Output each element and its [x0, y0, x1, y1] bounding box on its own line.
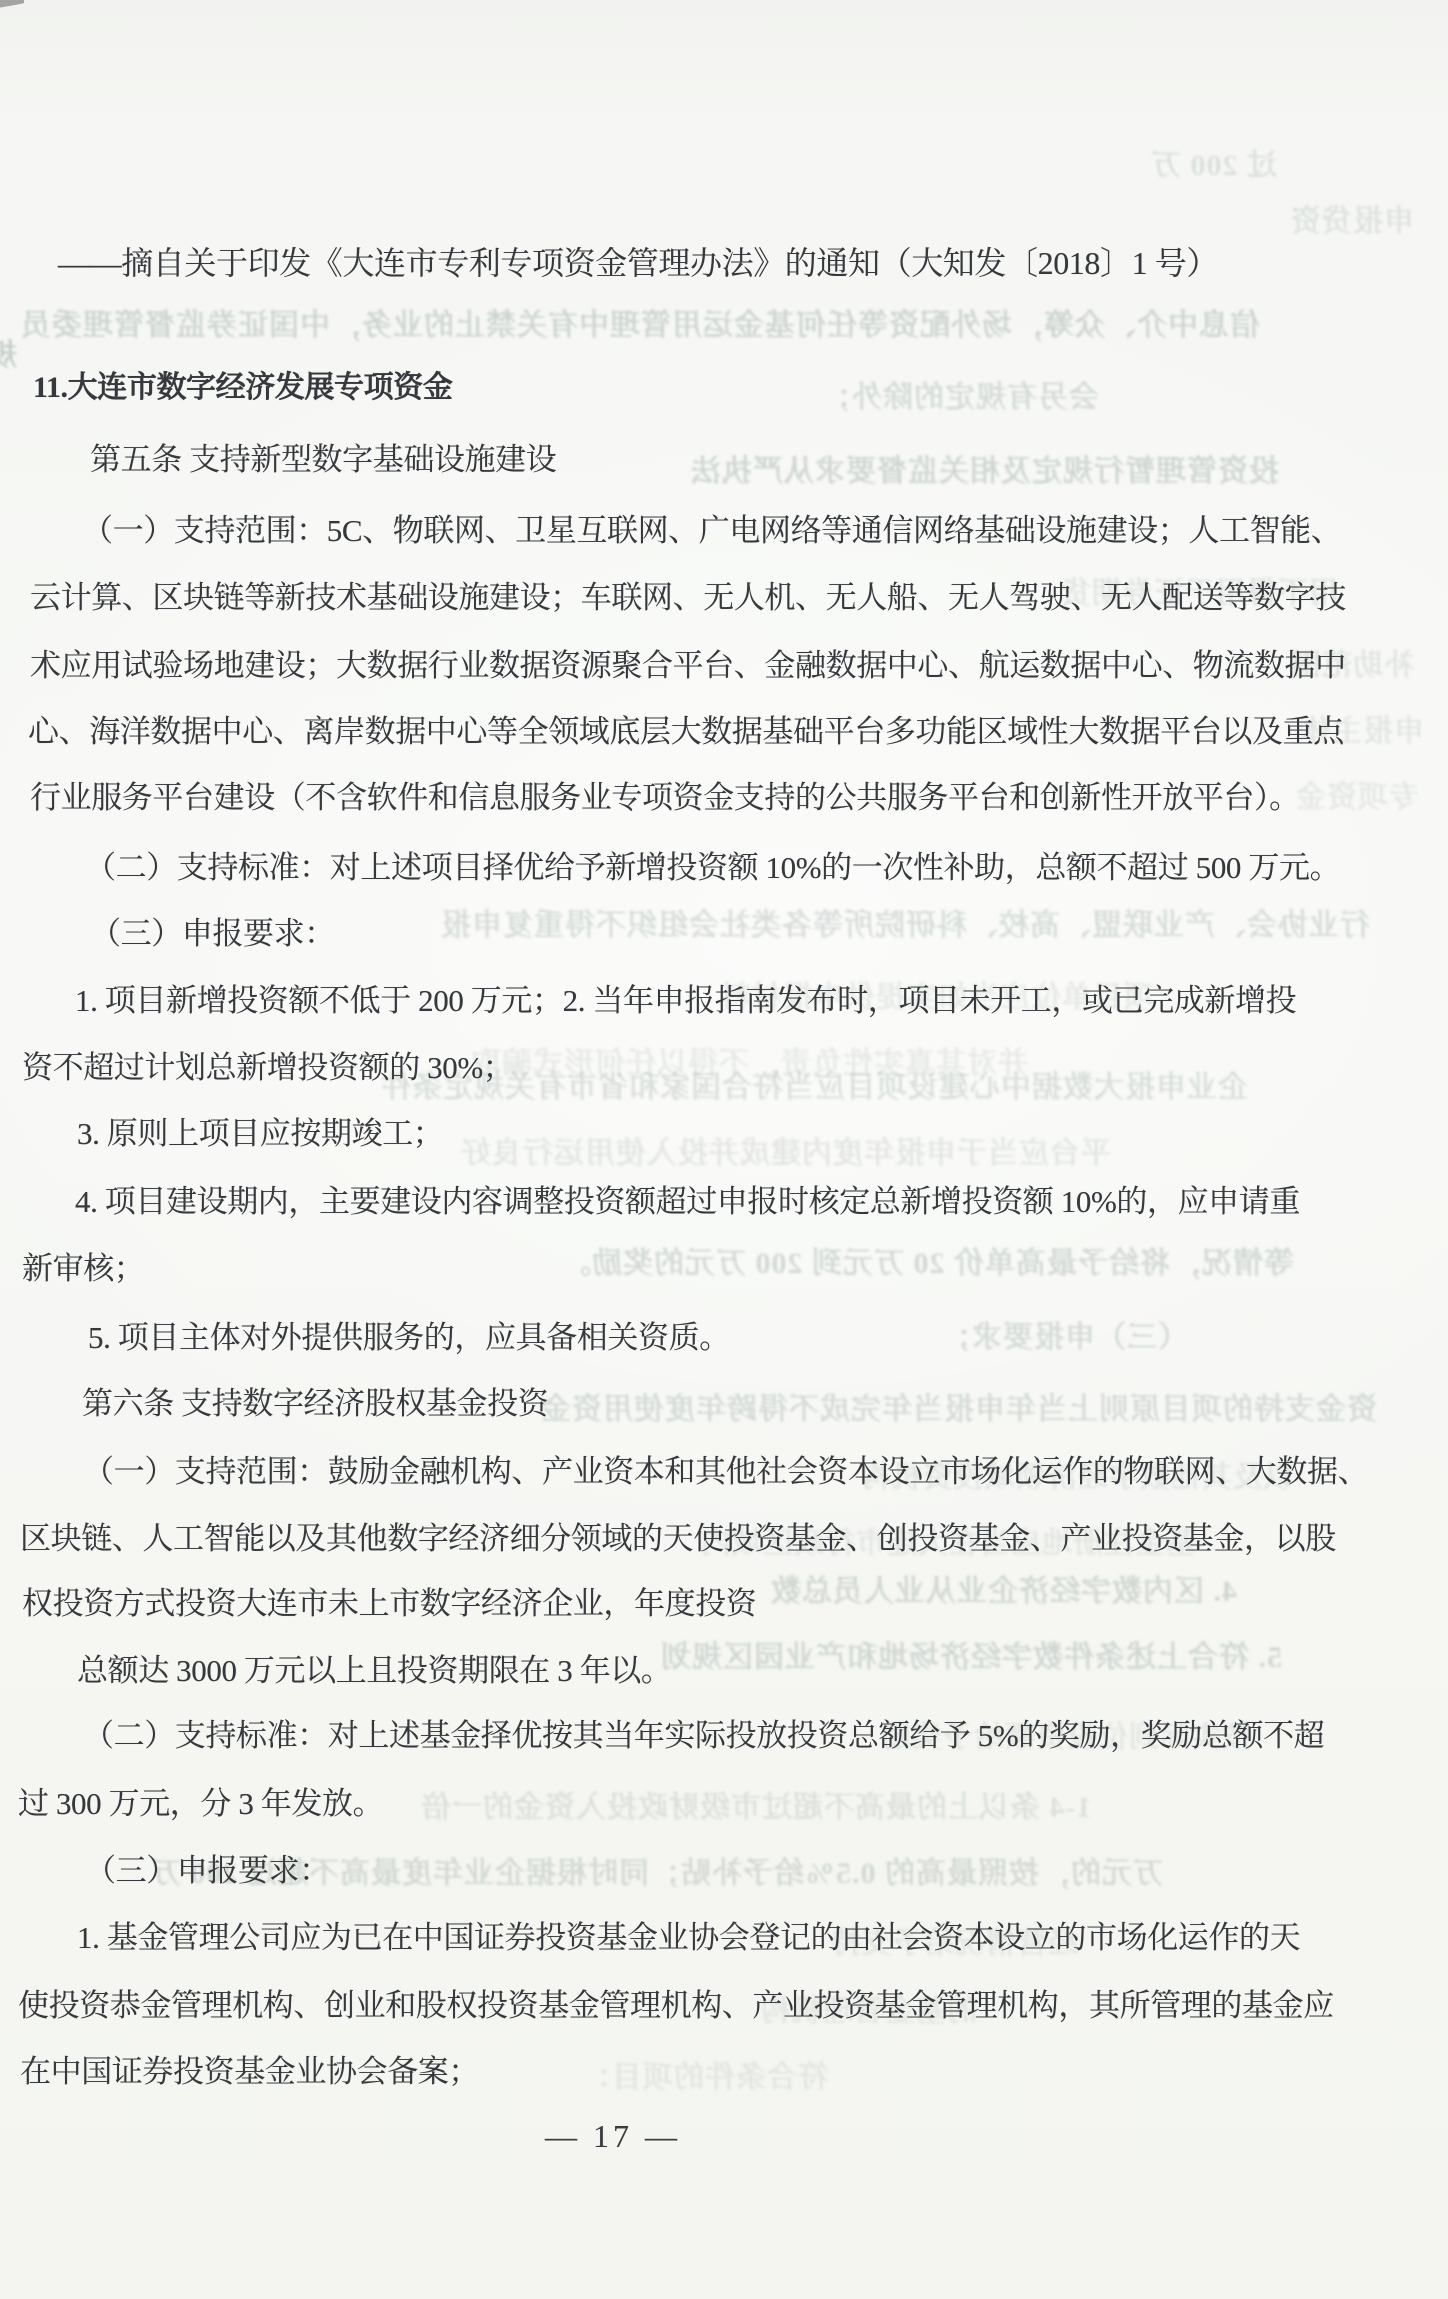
scanned-document-page: 过 200 万申报贷资信息中介、众筹，场外配资等任何基金运用管理中有关禁止的业务… — [0, 0, 1448, 2299]
document-text-line: 5. 项目主体对外提供服务的，应具备相关资质。 — [88, 1312, 730, 1357]
document-text-line: 在中国证券投资基金业协会备案； — [20, 2046, 479, 2091]
document-text-line: 11.大连市数字经济发展专项资金 — [33, 362, 452, 406]
document-text-line: 1. 项目新增投资额不低于 200 万元；2. 当年申报指南发布时，项目未开工，… — [75, 975, 1296, 1020]
document-text-line: 总额达 3000 万元以上且投资期限在 3 年以。 — [77, 1645, 672, 1690]
document-text-line: 3. 原则上项目应按期竣工； — [77, 1108, 443, 1153]
document-text-line: 过 300 万元，分 3 年发放。 — [18, 1778, 383, 1823]
document-text-line: （一）支持范围：鼓励金融机构、产业资本和其他社会资本设立市场化运作的物联网、大数… — [83, 1446, 1368, 1491]
document-text-line: 新审核； — [22, 1243, 144, 1288]
document-text-line: （三）申报要求： — [85, 1845, 330, 1890]
document-text-line: 云计算、区块链等新技术基础设施建设；车联网、无人机、无人船、无人驾驶、无人配送等… — [30, 572, 1346, 617]
document-text-line: 资不超过计划总新增投资额的 30%； — [22, 1042, 513, 1087]
document-text-line: 术应用试验场地建设；大数据行业数据资源聚合平台、金融数据中心、航运数据中心、物流… — [30, 640, 1346, 685]
document-text-line: 行业服务平台建设（不含软件和信息服务业专项资金支持的公共服务平台和创新性开放平台… — [30, 772, 1300, 817]
document-text-line: 第五条 支持新型数字基础设施建设 — [90, 434, 556, 479]
document-text-line: （二）支持标准：对上述基金择优按其当年实际投放投资总额给予 5%的奖励，奖励总额… — [83, 1710, 1324, 1755]
document-text-line: （三）申报要求： — [90, 908, 335, 953]
document-text-line: 使投资恭金管理机构、创业和股权投资基金管理机构、产业投资基金管理机构，其所管理的… — [18, 1980, 1334, 2025]
document-text-line: ——摘自关于印发《大连市专利专项资金管理办法》的通知（大知发〔2018〕1 号） — [58, 238, 1218, 284]
document-text-line: （二）支持标准：对上述项目择优给予新增投资额 10%的一次性补助，总额不超过 5… — [85, 842, 1340, 887]
document-text-line: 第六条 支持数字经济股权基金投资 — [82, 1378, 548, 1423]
document-text-layer: ——摘自关于印发《大连市专利专项资金管理办法》的通知（大知发〔2018〕1 号）… — [0, 0, 1448, 2299]
document-text-line: 1. 基金管理公司应为已在中国证券投资基金业协会登记的由社会资本设立的市场化运作… — [77, 1912, 1300, 1957]
document-text-line: （一）支持范围：5C、物联网、卫星互联网、广电网络等通信网络基础设施建设；人工智… — [82, 505, 1341, 550]
document-text-line: 权投资方式投资大连市未上市数字经济企业，年度投资 — [22, 1578, 756, 1623]
document-text-line: 心、海洋数据中心、离岸数据中心等全领域底层大数据基础平台多功能区域性大数据平台以… — [28, 706, 1344, 751]
page-number: — 17 — — [545, 2118, 681, 2155]
document-text-line: 区块链、人工智能以及其他数字经济细分领域的天使投资基金、创投资基金、产业投资基金… — [20, 1513, 1336, 1558]
document-text-line: 4. 项目建设期内，主要建设内容调整投资额超过申报时核定总新增投资额 10%的，… — [75, 1176, 1300, 1221]
